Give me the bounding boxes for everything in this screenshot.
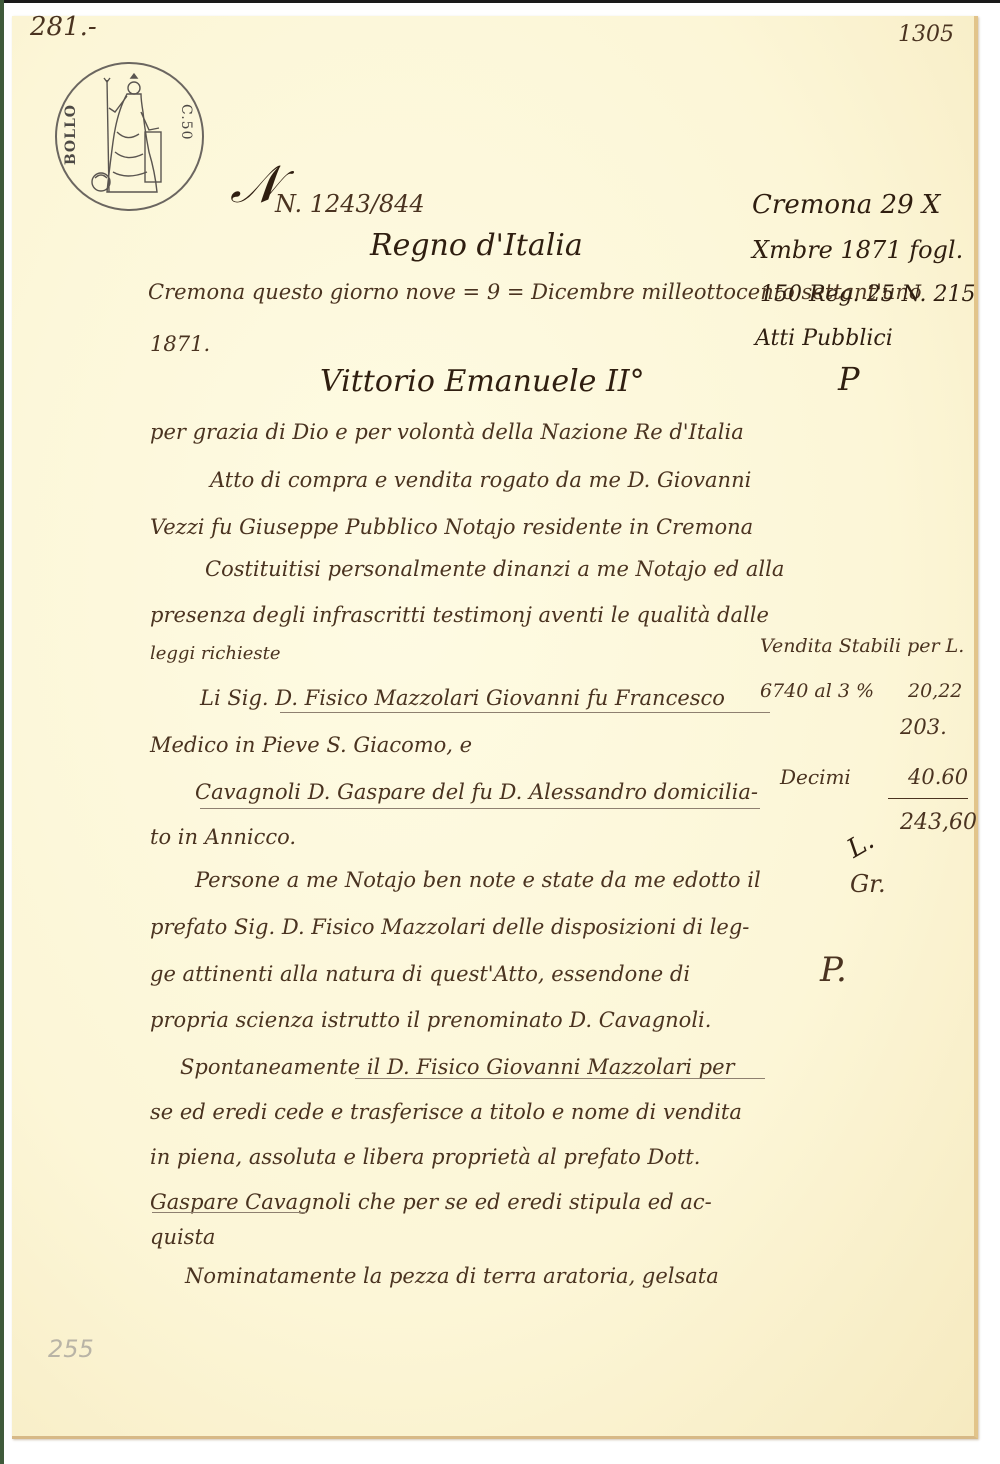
total-rule: [888, 798, 968, 799]
tax-decimi-label: Decimi: [780, 765, 851, 789]
body-line: leggi richieste: [150, 643, 281, 664]
registration-line: Xmbre 1871 fogl.: [752, 236, 963, 264]
folio-number-right: 1305: [898, 22, 954, 47]
revenue-stamp: BOLLO C.50: [55, 62, 204, 211]
registrar-signature: P.: [820, 950, 847, 990]
body-line: quista: [150, 1225, 215, 1249]
body-line: Atto di compra e vendita rogato da me D.…: [210, 468, 751, 492]
registrar-initial: P: [838, 360, 860, 398]
registration-line: Cremona 29 X: [752, 190, 940, 220]
body-line: se ed eredi cede e trasferisce a titolo …: [150, 1100, 742, 1124]
name-underline: [200, 808, 760, 809]
act-number-flourish: 𝒩: [230, 155, 280, 216]
body-line: presenza degli infrascritti testimonj av…: [150, 603, 769, 627]
body-line: propria scienza istrutto il prenominato …: [150, 1008, 711, 1032]
name-underline: [152, 1212, 307, 1213]
folio-number-left: 281.-: [30, 12, 97, 42]
stamp-legend-right: C.50: [178, 104, 194, 140]
tax-amount: 40.60: [908, 765, 968, 789]
body-line: Cavagnoli D. Gaspare del fu D. Alessandr…: [195, 780, 758, 804]
tax-heading: Vendita Stabili per L.: [760, 635, 964, 657]
body-line: prefato Sig. D. Fisico Mazzolari delle d…: [150, 915, 749, 939]
tax-total: 243,60: [900, 810, 977, 835]
body-line: Nominatamente la pezza di terra aratoria…: [185, 1264, 719, 1288]
body-line: ge attinenti alla natura di quest'Atto, …: [150, 962, 690, 986]
body-line: to in Annicco.: [150, 825, 296, 849]
stamp-legend-left: BOLLO: [63, 104, 79, 165]
registration-line: 150 Reg. 25 N. 215: [760, 282, 975, 307]
year-line: 1871.: [150, 332, 210, 356]
tax-amount: 203.: [900, 715, 947, 739]
body-line: Costituitisi personalmente dinanzi a me …: [205, 557, 784, 581]
tax-taxable-value: 6740 al 3 %: [760, 680, 874, 702]
scan-frame-left: [0, 0, 4, 1464]
kingdom-title: Regno d'Italia: [370, 228, 583, 263]
body-line: Medico in Pieve S. Giacomo, e: [150, 733, 472, 757]
italia-figure-icon: [87, 72, 177, 200]
body-line: Li Sig. D. Fisico Mazzolari Giovanni fu …: [200, 686, 725, 710]
name-underline: [280, 712, 770, 713]
body-line: Persone a me Notajo ben note e state da …: [195, 868, 761, 892]
body-line: in piena, assoluta e libera proprietà al…: [150, 1145, 700, 1169]
body-line: Gaspare Cavagnoli che per se ed eredi st…: [150, 1190, 712, 1214]
act-number: N. 1243/844: [275, 190, 425, 218]
name-underline: [355, 1078, 765, 1079]
registration-line: Atti Pubblici: [755, 326, 893, 351]
pencil-note: 255: [48, 1335, 94, 1363]
body-line: Spontaneamente il D. Fisico Giovanni Maz…: [180, 1055, 735, 1079]
tax-amount: 20,22: [908, 680, 962, 702]
scan-frame-top: [0, 0, 1000, 3]
body-line: per grazia di Dio e per volontà della Na…: [150, 420, 744, 444]
receiver-signature: Gr.: [850, 870, 886, 898]
body-line: Vezzi fu Giuseppe Pubblico Notajo reside…: [150, 515, 753, 539]
sovereign-name: Vittorio Emanuele II°: [320, 364, 645, 399]
